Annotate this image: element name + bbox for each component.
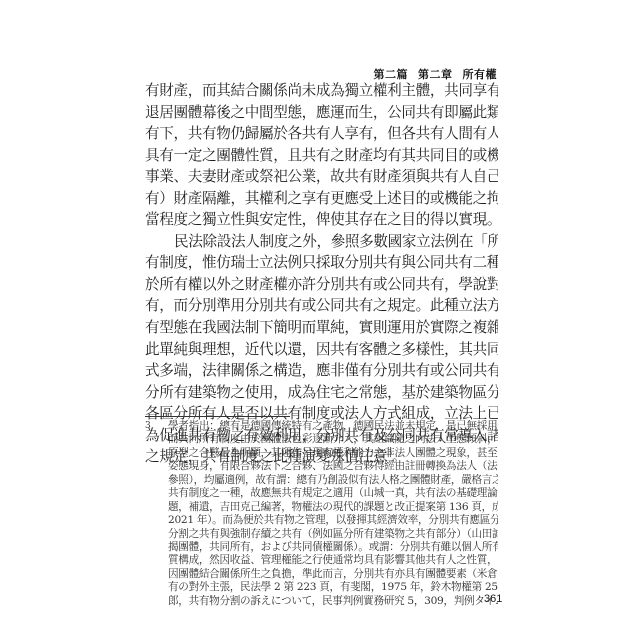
body-line: 分所有建築物之使用，成為住宅之常態，基於建築物區分所有之特性， bbox=[145, 382, 498, 404]
body-line: 有下，共有物仍歸屬於各共有人享有，但各共有人間有人的結合關係， bbox=[145, 123, 498, 145]
footnote-line: 3學者指出：總有是德國傳統特有之產物，德國民法並未規定，是已無採用之必要， bbox=[145, 420, 498, 433]
footnote-number: 3 bbox=[145, 420, 150, 433]
footnote-line: 而共同所有制度由於團體法色彩逐漸介入，其組織隨之向法人型態傾斜，公同共有 bbox=[145, 433, 498, 446]
page-number: 361 bbox=[484, 593, 502, 605]
footnote-line: 題，補遺，吉田克己編著，物權法の現代的課題と改正提案第 136 頁，成文堂， bbox=[145, 501, 498, 514]
footnote-line: 因團體結合關係所生之負擔，準此而言，分別共有亦具有團體要素（米倉芳郎，共 bbox=[145, 568, 498, 581]
body-line: 退居團體幕後之中間型態，應運而生，公同共有即屬此類型。在公同共 bbox=[145, 102, 498, 124]
body-line: 事業、夫妻財產或祭祀公業，故共有財產須與共有人自己之一般（固 bbox=[145, 166, 498, 188]
paragraph-start-line: 民法除設法人制度之外，參照多數國家立法例在「所有權」章設共 bbox=[145, 231, 498, 253]
body-line: 式多端，法律關係之構造，應非僅有分別共有或公同共有之選擇，又區 bbox=[145, 360, 498, 382]
body-line: 具有一定之團體性質，且共有之財產均有其共同目的或機能，例如合夥 bbox=[145, 145, 498, 167]
body-text: 有財產，而其結合關係尚未成為獨立權利主體，共同享有之個人人格未 退居團體幕後之中… bbox=[145, 80, 498, 468]
body-line: 當程度之獨立性與安定性，俾使其存在之目的得以實現。 bbox=[145, 209, 498, 231]
footnote-line: 揭團體，共同所有，および共同債權關係）。或謂：分別共有雖以個人所有權之性 bbox=[145, 541, 498, 554]
body-line: 有制度，惟仿瑞士立法例只採取分別共有與公同共有二種型態。此外對 bbox=[145, 252, 498, 274]
footnote-line: 姿態現身，有限合夥法下之合夥、法國之合夥得經由註冊轉換為法人（法民 1842 I bbox=[145, 460, 498, 473]
footnote-line: 分割之共有與強制存續之共有（例如區分所有建築物之共有部分）（山田誠一，前 bbox=[145, 528, 498, 541]
body-line: 此單純與理想，近代以還，因共有客體之多樣性，其共同支配或利用方 bbox=[145, 339, 498, 361]
footnote-divider bbox=[145, 416, 290, 417]
footnote-line: 2021 年）。而為便於共有物之管理，以發揮其經濟效率，分別共有應區分為得隨時 bbox=[145, 514, 498, 527]
body-line: 有）財產隔離，其權利之享有更應受上述目的或機能之拘束，以維持相 bbox=[145, 188, 498, 210]
footnote-block: 3學者指出：總有是德國傳統特有之產物，德國民法並未規定，是已無採用之必要， 而共… bbox=[145, 420, 498, 608]
footnote-line: 共有制度之一種，故應無共有規定之適用（山城一真，共有法の基礎理論とその課 bbox=[145, 487, 498, 500]
footnote-line: 參照），均屬適例，故有謂：總有乃創設似有法人格之團體財產，嚴格言之，已非 bbox=[145, 474, 498, 487]
footnote-line: 原型之合夥最為明顯，其運作呈現有權利能力之非法人團體之現象，甚至，以法人 bbox=[145, 447, 498, 460]
body-line: 於所有權以外之財產權亦許分別共有或公同共有，學說對此稱為準共 bbox=[145, 274, 498, 296]
footnote-line: 郎，共有物分割の訴えについて，民事判例實務研究 5，309，判例タイムズ社， bbox=[145, 595, 498, 608]
footnote-line: 質構成，然因收益、管理權能之行使通常均具有影響其他共有人之性質，因此亦有 bbox=[145, 554, 498, 567]
book-page: 第二篇第二章所有權 有財產，而其結合關係尚未成為獨立權利主體，共同享有之個人人格… bbox=[0, 0, 640, 640]
footnote-line: 有の對外主張，民法學 2 第 223 頁，有斐閣，1975 年，鈴木物權第 25… bbox=[145, 581, 498, 594]
body-line: 有型態在我國法制下簡明而單純，實則運用於實際之複雜社會，並非如 bbox=[145, 317, 498, 339]
footnote-text: 學者指出：總有是德國傳統特有之產物，德國民法並未規定，是已無採用之必要， bbox=[168, 420, 498, 432]
body-line: 有，而分別準用分別共有或公同共有之規定。此種立法方式固使共同所 bbox=[145, 295, 498, 317]
body-line: 有財產，而其結合關係尚未成為獨立權利主體，共同享有之個人人格未 bbox=[145, 80, 498, 102]
